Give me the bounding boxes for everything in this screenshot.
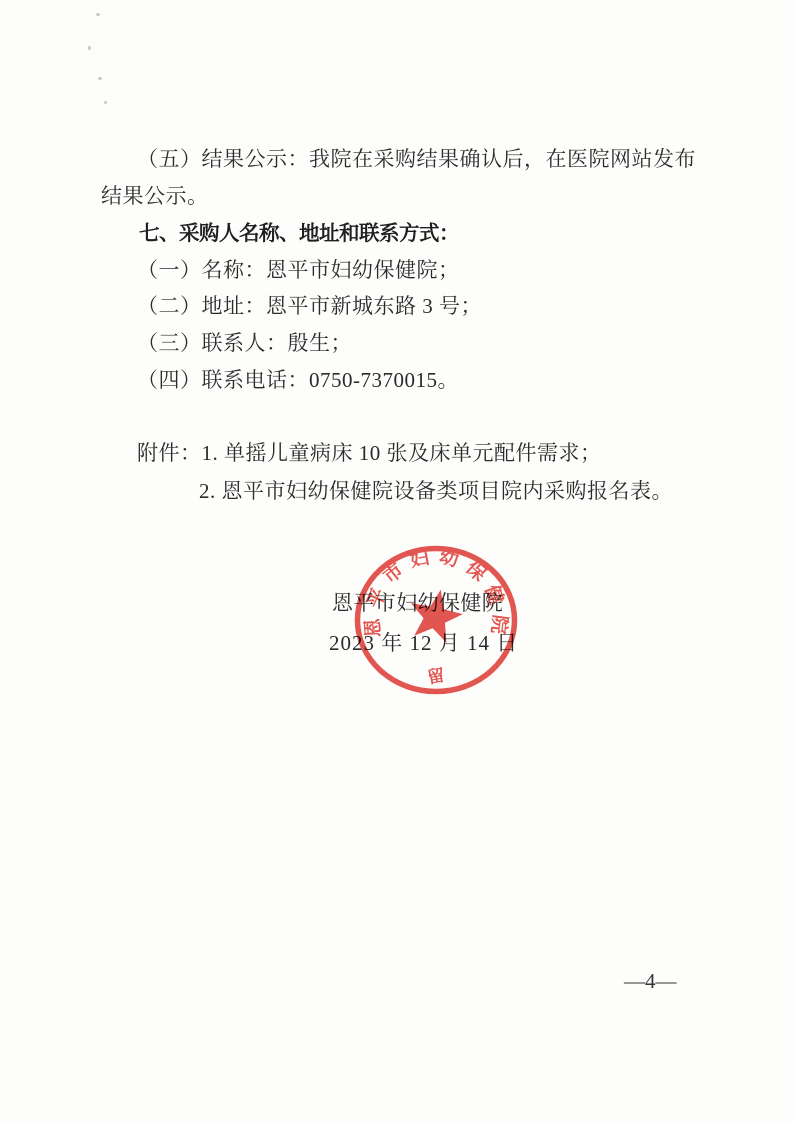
signature-date: 2023 年 12 月 14 日	[329, 631, 518, 656]
signature-organization: 恩平市妇幼保健院	[332, 591, 503, 616]
page-number: —4—	[624, 969, 677, 994]
contact-item-name: （一）名称：恩平市妇幼保健院；	[137, 258, 460, 283]
scan-speck	[88, 46, 91, 50]
contact-item-person: （三）联系人：殷生；	[137, 331, 352, 356]
scan-speck	[104, 101, 107, 104]
contact-item-phone: （四）联系电话：0750-7370015。	[137, 368, 459, 393]
result-publicity-line1: （五）结果公示：我院在采购结果确认后，在医院网站发布	[137, 147, 696, 172]
seal-circle-border	[358, 549, 515, 692]
attachment-line-1: 附件：1. 单摇儿童病床 10 张及床单元配件需求；	[137, 441, 602, 466]
attachment-line-2: 2. 恩平市妇幼保健院设备类项目院内采购报名表。	[199, 479, 673, 504]
result-publicity-line2: 结果公示。	[101, 184, 209, 209]
seal-bottom-text: 留	[426, 665, 446, 688]
section-heading: 七、采购人名称、地址和联系方式：	[139, 222, 459, 247]
document-page: （五）结果公示：我院在采购结果确认后，在医院网站发布 结果公示。 七、采购人名称…	[0, 0, 794, 1123]
contact-item-address: （二）地址：恩平市新城东路 3 号；	[137, 294, 482, 319]
scan-speck	[98, 77, 102, 80]
scan-speck	[96, 13, 100, 16]
official-seal: 恩平市妇幼保健院 留	[352, 544, 522, 696]
